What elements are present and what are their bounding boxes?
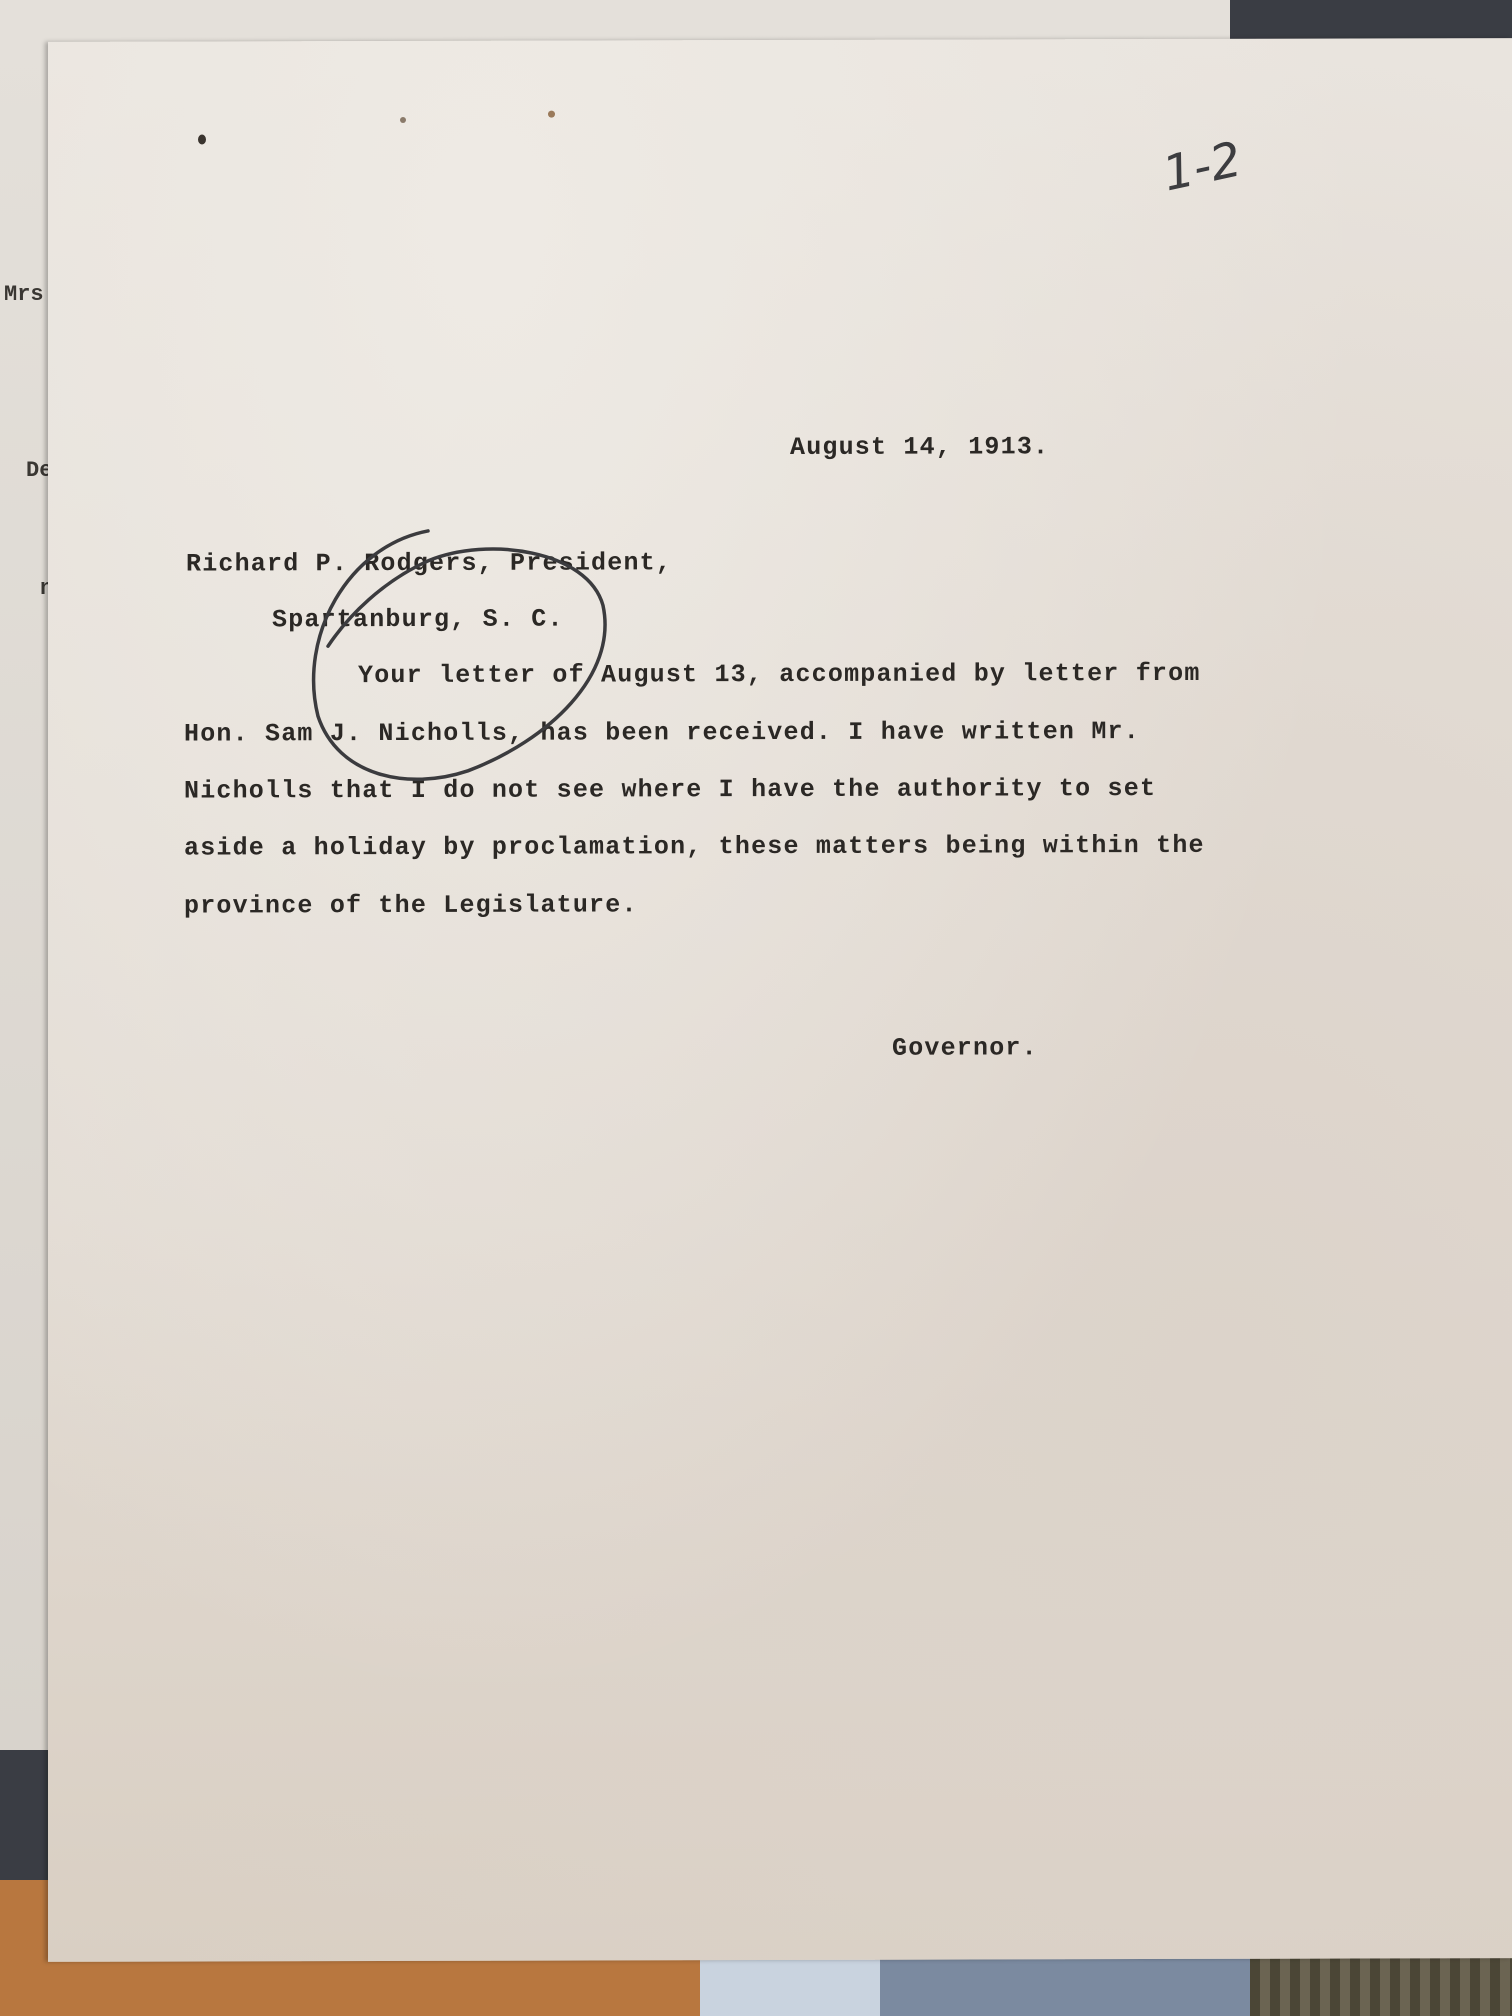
letter-sheet: 1-2 August 14, 1913. Richard P. Rodgers,… (48, 38, 1512, 1962)
punch-hole (400, 117, 406, 123)
pencil-circle-annotation (288, 525, 648, 796)
punch-hole (198, 135, 206, 145)
body-line: aside a holiday by proclamation, these m… (184, 831, 1205, 863)
letter-date: August 14, 1913. (790, 432, 1049, 462)
underlying-fragment: Mrs (4, 282, 44, 307)
punch-hole (548, 111, 555, 118)
folio-mark: 1-2 (1158, 131, 1246, 202)
body-line: province of the Legislature. (184, 890, 638, 920)
signature-title: Governor. (892, 1033, 1038, 1062)
